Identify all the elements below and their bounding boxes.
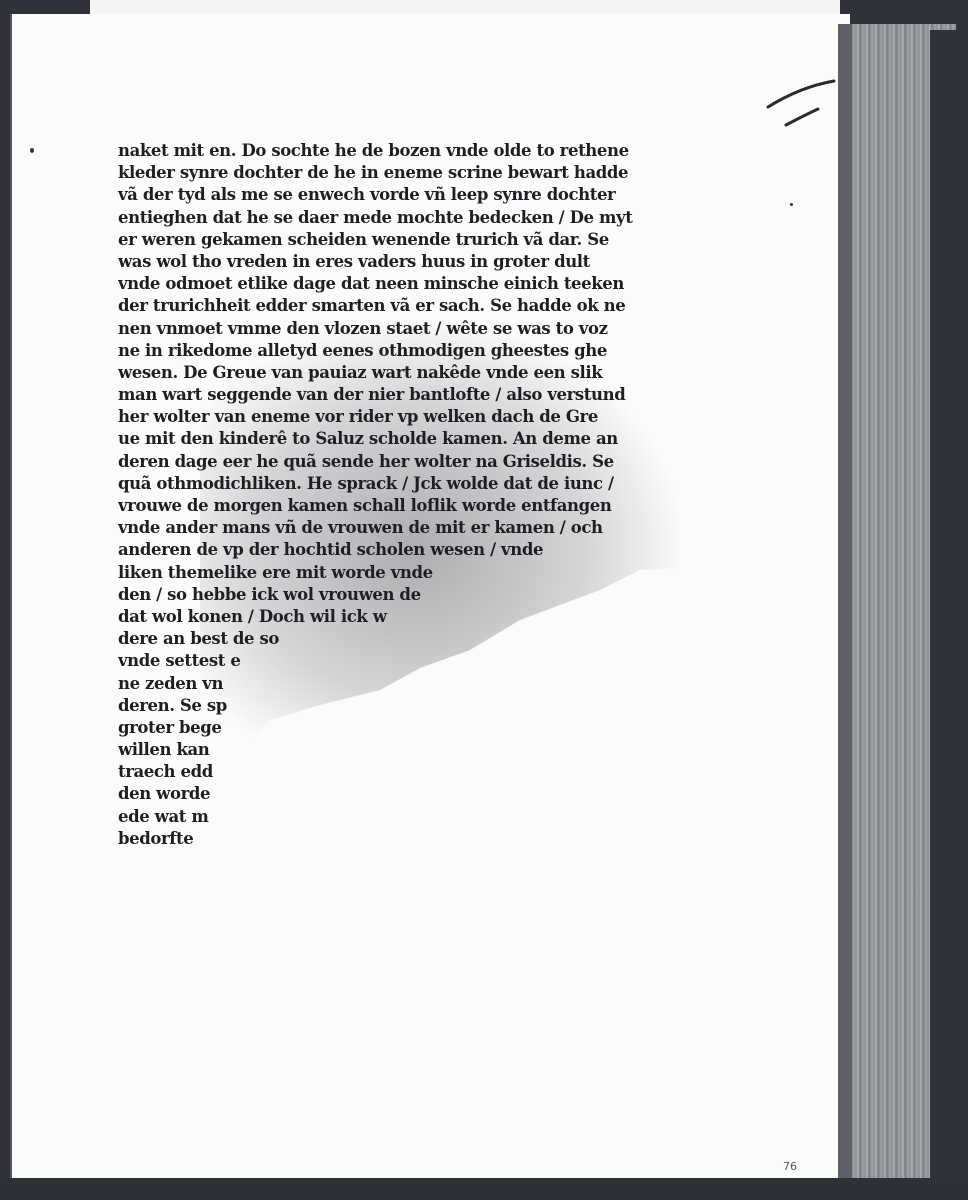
ink-speck (790, 203, 793, 206)
text-line: vnde ander mans vñ de vrouwen de mit er … (118, 517, 658, 539)
text-line: ne in rikedome alletyd eenes othmodigen … (118, 340, 658, 362)
text-line: den worde (118, 783, 658, 805)
text-line: liken themelike ere mit worde vnde (118, 562, 658, 584)
scan-border-bottom (0, 1178, 968, 1200)
text-line: dere an best de so (118, 628, 658, 650)
text-line: deren dage eer he quã sende her wolter n… (118, 451, 658, 473)
text-line: wesen. De Greue van pauiaz wart nakêde v… (118, 362, 658, 384)
text-line: anderen de vp der hochtid scholen wesen … (118, 539, 658, 561)
text-line: vrouwe de morgen kamen schall loflik wor… (118, 495, 658, 517)
text-line: man wart seggende van der nier bantlofte… (118, 384, 658, 406)
text-line: quã othmodichliken. He sprack / Jck wold… (118, 473, 658, 495)
text-line: naket mit en. Do sochte he de bozen vnde… (118, 140, 658, 162)
text-line: ne zeden vn (118, 673, 658, 695)
text-line: groter bege (118, 717, 658, 739)
text-line: deren. Se sp (118, 695, 658, 717)
text-line: entieghen dat he se daer mede mochte bed… (118, 207, 658, 229)
text-line: vnde settest e (118, 650, 658, 672)
page-text-block: naket mit en. Do sochte he de bozen vnde… (118, 140, 658, 850)
text-line: kleder synre dochter de he in eneme scri… (118, 162, 658, 184)
text-line: er weren gekamen scheiden wenende truric… (118, 229, 658, 251)
ink-speck (30, 148, 34, 153)
text-line: bedorfte (118, 828, 658, 850)
text-line: vnde odmoet etlike dage dat neen minsche… (118, 273, 658, 295)
scan-border-right (930, 30, 968, 1190)
text-line: was wol tho vreden in eres vaders huus i… (118, 251, 658, 273)
pen-stroke-icon (760, 75, 840, 135)
text-line: ede wat m (118, 806, 658, 828)
text-line: willen kan (118, 739, 658, 761)
text-line: dat wol konen / Doch wil ick w (118, 606, 658, 628)
text-line: ue mit den kinderê to Saluz scholde kame… (118, 428, 658, 450)
text-line: vã der tyd als me se enwech vorde vñ lee… (118, 184, 658, 206)
text-line: den / so hebbe ick wol vrouwen de (118, 584, 658, 606)
text-line: nen vnmoet vmme den vlozen staet / wête … (118, 318, 658, 340)
text-line: traech edd (118, 761, 658, 783)
text-line: der trurichheit edder smarten vã er sach… (118, 295, 658, 317)
text-line: her wolter van eneme vor rider vp welken… (118, 406, 658, 428)
page-number: 76 (783, 1160, 797, 1173)
page-gutter-shadow (838, 24, 852, 1184)
